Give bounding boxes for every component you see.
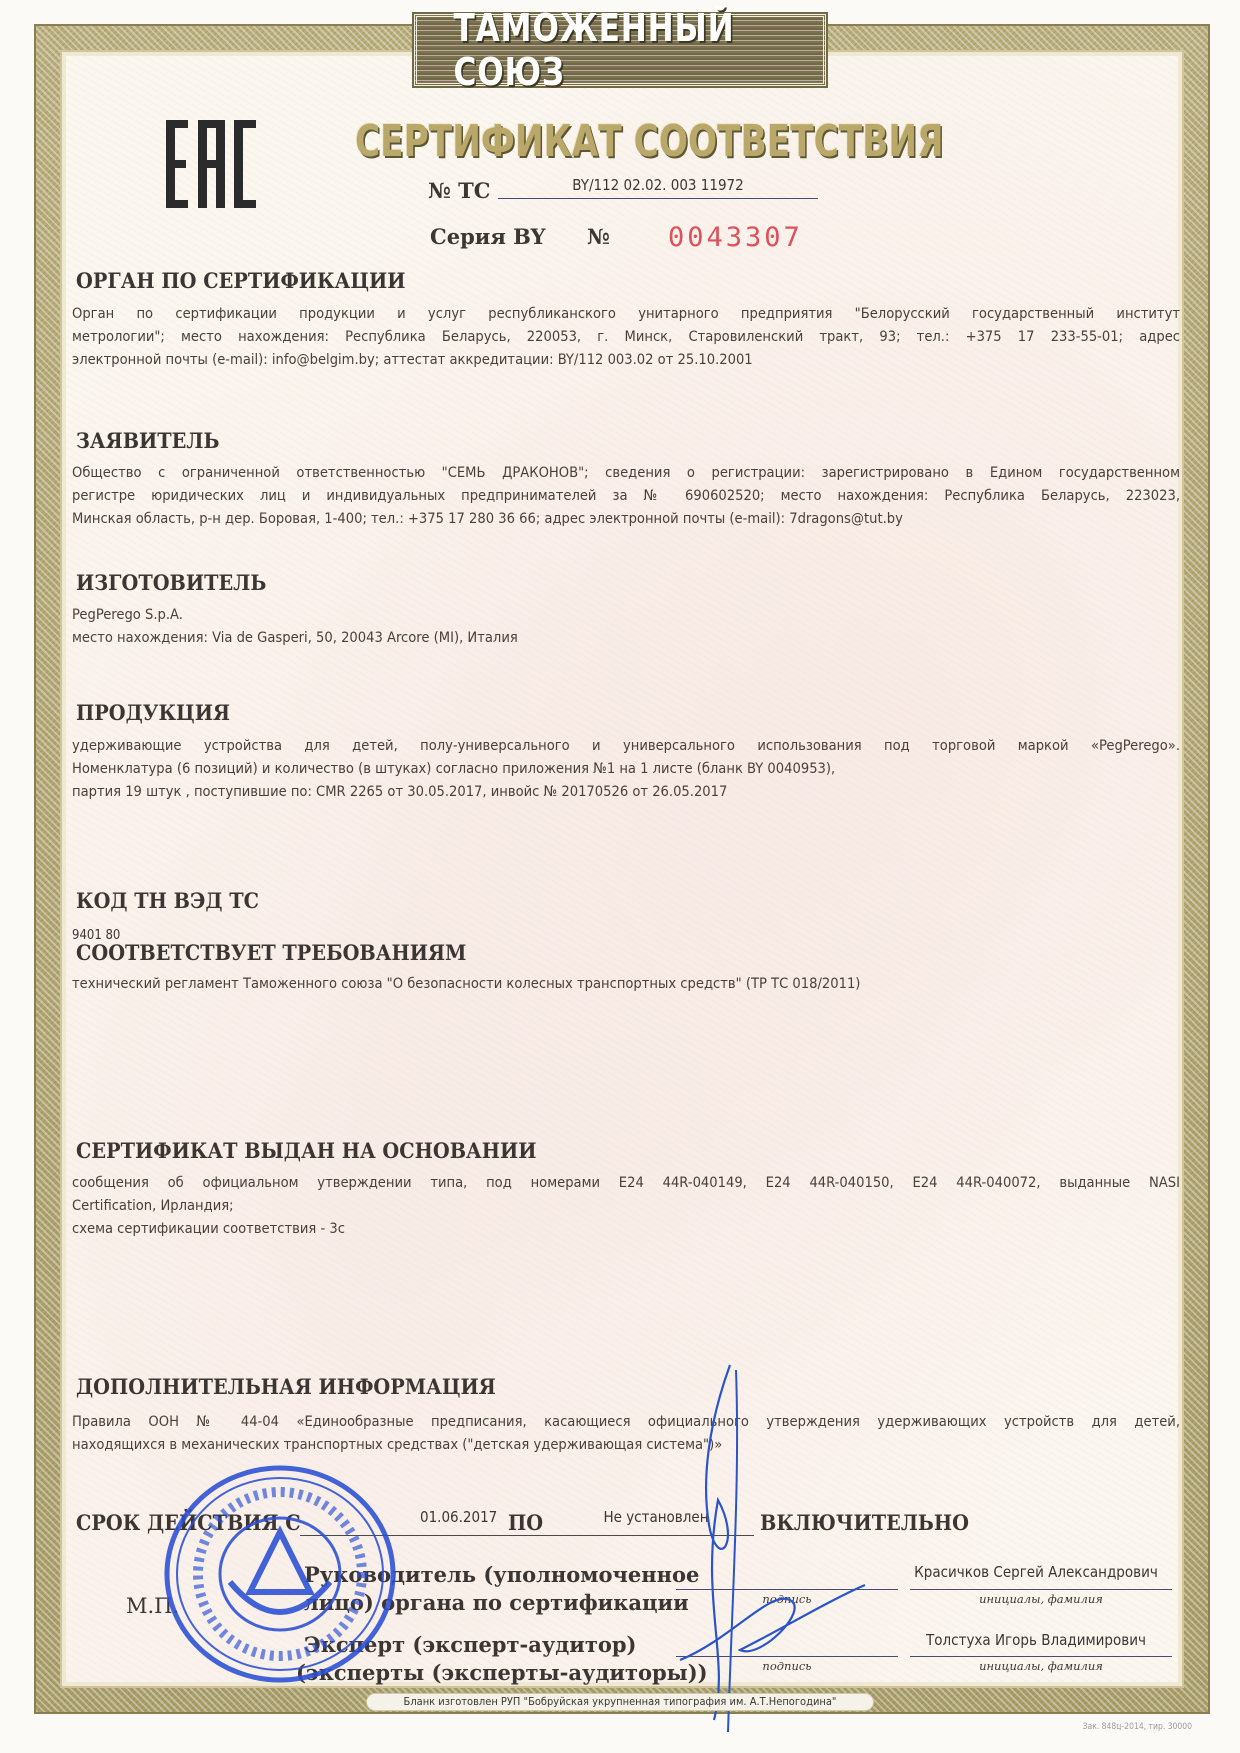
section-text-certification-body: Орган по сертификации продукции и услуг … — [72, 302, 1180, 371]
section-heading-hs-code: КОД ТН ВЭД ТС — [76, 888, 259, 913]
section-text-manufacturer: PegPerego S.p.A. место нахождения: Via d… — [72, 603, 1180, 649]
text-line: Орган по сертификации продукции и услуг … — [72, 302, 1180, 325]
customs-union-banner: ТАМОЖЕННЫЙ СОЮЗ — [414, 14, 826, 86]
text-line: удерживающие устройства для детей, полу-… — [72, 734, 1180, 757]
section-text-applicant: Общество с ограниченной ответственностью… — [72, 461, 1180, 530]
section-text-product: удерживающие устройства для детей, полу-… — [72, 734, 1180, 803]
customs-union-label: ТАМОЖЕННЫЙ СОЮЗ — [454, 6, 787, 94]
text-line: схема сертификации соответствия - 3с — [72, 1217, 1180, 1240]
text-line: сообщения об официальном утверждении тип… — [72, 1171, 1180, 1194]
text-line: Минская область, р-н дер. Боровая, 1-400… — [72, 507, 1180, 530]
section-heading-additional-info: ДОПОЛНИТЕЛЬНАЯ ИНФОРМАЦИЯ — [76, 1374, 496, 1399]
eac-logo-icon — [166, 120, 256, 208]
series-number-label: № — [587, 224, 610, 249]
head-name: Красичков Сергей Александрович — [900, 1563, 1172, 1581]
expert-signature-line — [676, 1656, 898, 1657]
section-text-basis: сообщения об официальном утверждении тип… — [72, 1171, 1180, 1240]
series-label: Серия BY — [430, 224, 546, 249]
head-name-caption: инициалы, фамилия — [910, 1592, 1172, 1606]
text-line: Номенклатура (6 позиций) и количество (в… — [72, 757, 1180, 780]
text-line: метрологии"; место нахождения: Республик… — [72, 325, 1180, 348]
validity-inclusive-label: ВКЛЮЧИТЕЛЬНО — [760, 1510, 969, 1535]
text-line: регистре юридических лиц и индивидуальны… — [72, 484, 1180, 507]
stamp-place-label: М.П. — [126, 1594, 179, 1618]
text-line: Общество с ограниченной ответственностью… — [72, 461, 1180, 484]
validity-to-label: ПО — [508, 1510, 543, 1535]
section-heading-requirements: СООТВЕТСТВУЕТ ТРЕБОВАНИЯМ — [76, 940, 466, 965]
tc-number-value: BY/112 02.02. 003 11972 — [498, 176, 818, 199]
expert-role-line2: (эксперты (эксперты-аудиторы)) — [296, 1660, 708, 1685]
validity-period: СРОК ДЕЙСТВИЯ С 01.06.2017 ПО Не установ… — [76, 1508, 1186, 1544]
text-line: место нахождения: Via de Gasperi, 50, 20… — [72, 626, 1180, 649]
section-text-additional-info: Правила ООН № 44-04 «Единообразные предп… — [72, 1410, 1180, 1456]
expert-signature-caption: подпись — [676, 1659, 898, 1673]
print-run-info: Зак. 848ц-2014, тир. 30000 — [1083, 1722, 1192, 1732]
section-heading-certification-body: ОРГАН ПО СЕРТИФИКАЦИИ — [76, 268, 406, 293]
section-heading-manufacturer: ИЗГОТОВИТЕЛЬ — [76, 570, 266, 595]
validity-to-value: Не установлен — [558, 1508, 754, 1536]
text-line: находящихся в механических транспортных … — [72, 1433, 1180, 1456]
expert-role-line1: Эксперт (эксперт-аудитор) — [304, 1632, 636, 1657]
head-role-line2: лицо) органа по сертификации — [304, 1590, 689, 1615]
printer-footer: Бланк изготовлен РУП "Бобруйская укрупне… — [366, 1693, 874, 1711]
tc-number-label: № ТС — [428, 178, 490, 203]
text-line: PegPerego S.p.A. — [72, 603, 1180, 626]
section-heading-basis: СЕРТИФИКАТ ВЫДАН НА ОСНОВАНИИ — [76, 1138, 537, 1163]
head-signature-caption: подпись — [676, 1592, 898, 1606]
expert-name-caption: инициалы, фамилия — [910, 1659, 1172, 1673]
certificate-title: СЕРТИФИКАТ СООТВЕТСТВИЯ — [355, 116, 776, 167]
expert-name: Толстуха Игорь Владимирович — [900, 1631, 1172, 1649]
validity-from-value: 01.06.2017 — [300, 1508, 590, 1536]
section-heading-applicant: ЗАЯВИТЕЛЬ — [76, 428, 219, 453]
text-line: партия 19 штук , поступившие по: CMR 226… — [72, 780, 1180, 803]
expert-name-line — [910, 1656, 1172, 1657]
text-line: технический регламент Таможенного союза … — [72, 972, 1180, 995]
section-text-requirements: технический регламент Таможенного союза … — [72, 972, 1180, 995]
section-heading-product: ПРОДУКЦИЯ — [76, 700, 230, 725]
validity-from-label: СРОК ДЕЙСТВИЯ С — [76, 1510, 301, 1535]
text-line: Certification, Ирландия; — [72, 1194, 1180, 1217]
head-name-line — [910, 1589, 1172, 1590]
series-number: 0043307 — [668, 222, 803, 253]
head-role-line1: Руководитель (уполномоченное — [304, 1562, 699, 1587]
head-signature-line — [676, 1589, 898, 1590]
text-line: электронной почты (e-mail): info@belgim.… — [72, 348, 1180, 371]
text-line: Правила ООН № 44-04 «Единообразные предп… — [72, 1410, 1180, 1433]
